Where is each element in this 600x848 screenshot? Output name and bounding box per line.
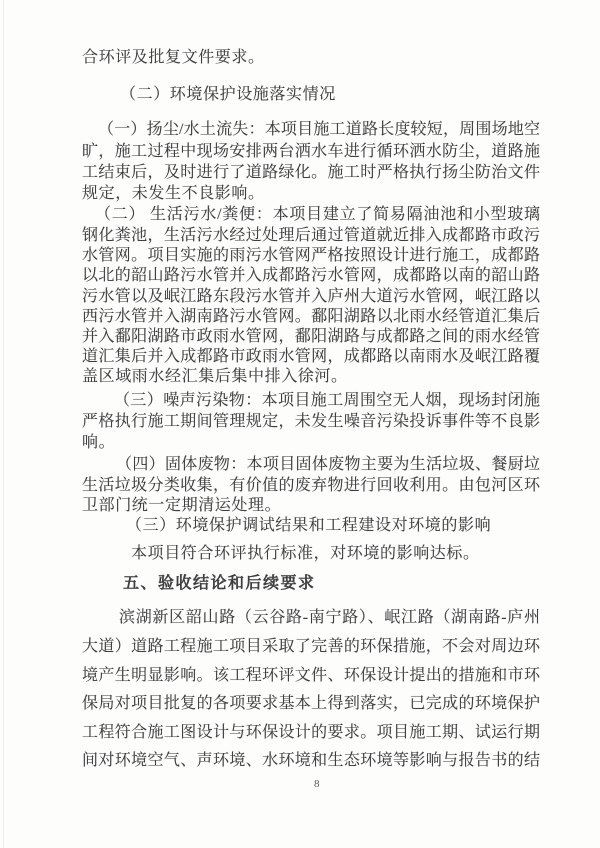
solid-waste-line-2: 生活垃圾分类收集，有价值的废弃物进行回收利用。由包河区环	[82, 476, 540, 496]
sewage-line-7: 并入鄱阳湖路市政雨水管网，鄱阳湖路与成都路之间的雨水经管	[82, 327, 540, 347]
line-continuation: 合环评及批复文件要求。	[82, 48, 265, 68]
dust-line-1: （一）扬尘/水土流失：本项目施工道路长度较短，周围场地空	[98, 120, 540, 140]
solid-waste-line-3: 卫部门统一定期清运处理。	[82, 496, 281, 516]
sewage-line-9: 盖区域雨水经汇集后集中排入徐河。	[82, 367, 348, 387]
noise-line-2: 严格执行施工期间管理规定，未发生噪音污染投诉事件等不良影	[82, 412, 540, 432]
heading-section3: （三）环境保护调试结果和工程建设对环境的影响	[126, 516, 491, 536]
dust-line-4: 规定，未发生不良影响。	[82, 184, 265, 204]
sewage-line-4: 以北的韶山路污水管并入成都路污水管网，成都路以南的韶山路	[82, 266, 540, 286]
scan-edge-line	[3, 0, 4, 848]
conclusion-line-3: 境产生明显影响。该工程环评文件、环保设计提出的措施和市环	[82, 665, 540, 687]
sewage-line-2: 钢化粪池，生活污水经过处理后通过管道就近排入成都路市政污	[82, 226, 540, 246]
dust-line-2: 旷，施工过程中现场安排两台洒水车进行循环洒水防尘，道路施	[82, 142, 540, 162]
page-number: 8	[314, 778, 320, 790]
conclusion-line-2: 大道）道路工程施工项目采取了完善的环保措施，不会对周边环	[82, 636, 540, 658]
conclusion-line-5: 工程符合施工图设计与环保设计的要求。项目施工期、试运行期	[82, 722, 540, 744]
heading-section5: 五、验收结论和后续要求	[123, 574, 316, 594]
dust-line-3: 工结束后，及时进行了道路绿化。施工时严格执行扬尘防治文件	[82, 163, 540, 183]
conclusion-line-4: 保局对项目批复的各项要求基本上得到落实，已完成的环境保护	[82, 693, 540, 715]
conclusion-line-1: 滨湖新区韶山路（云谷路-南宁路）、岷江路（湖南路-庐州	[119, 607, 540, 629]
sewage-line-8: 道汇集后并入成都路市政雨水管网，成都路以南雨水及岷江路覆	[82, 347, 540, 367]
sewage-line-5: 污水管以及岷江路东段污水管并入庐州大道污水管网，岷江路以	[82, 287, 540, 307]
heading-section2: （二）环境保护设施落实情况	[120, 85, 336, 105]
noise-line-1: （三）噪声污染物：本项目施工周围空无人烟，现场封闭施工，	[114, 391, 540, 411]
line-standards: 本项目符合环评执行标准，对环境的影响达标。	[131, 544, 480, 564]
solid-waste-line-1: （四）固体废物：本项目固体废物主要为生活垃圾、餐厨垃圾。	[116, 455, 540, 475]
sewage-line-6: 西污水管并入湖南路污水管网。鄱阳湖路以北雨水经管道汇集后	[82, 307, 540, 327]
sewage-line-3: 水管网。项目实施的雨污水管网严格按照设计进行施工，成都路	[82, 246, 540, 266]
sewage-line-1: （二） 生活污水/粪便：本项目建立了简易隔油池和小型玻璃	[95, 205, 540, 225]
conclusion-line-6: 间对环境空气、声环境、水环境和生态环境等影响与报告书的结	[82, 750, 540, 772]
document-page: 合环评及批复文件要求。 （二）环境保护设施落实情况 （一）扬尘/水土流失：本项目…	[0, 0, 600, 848]
noise-line-3: 响。	[82, 433, 115, 453]
